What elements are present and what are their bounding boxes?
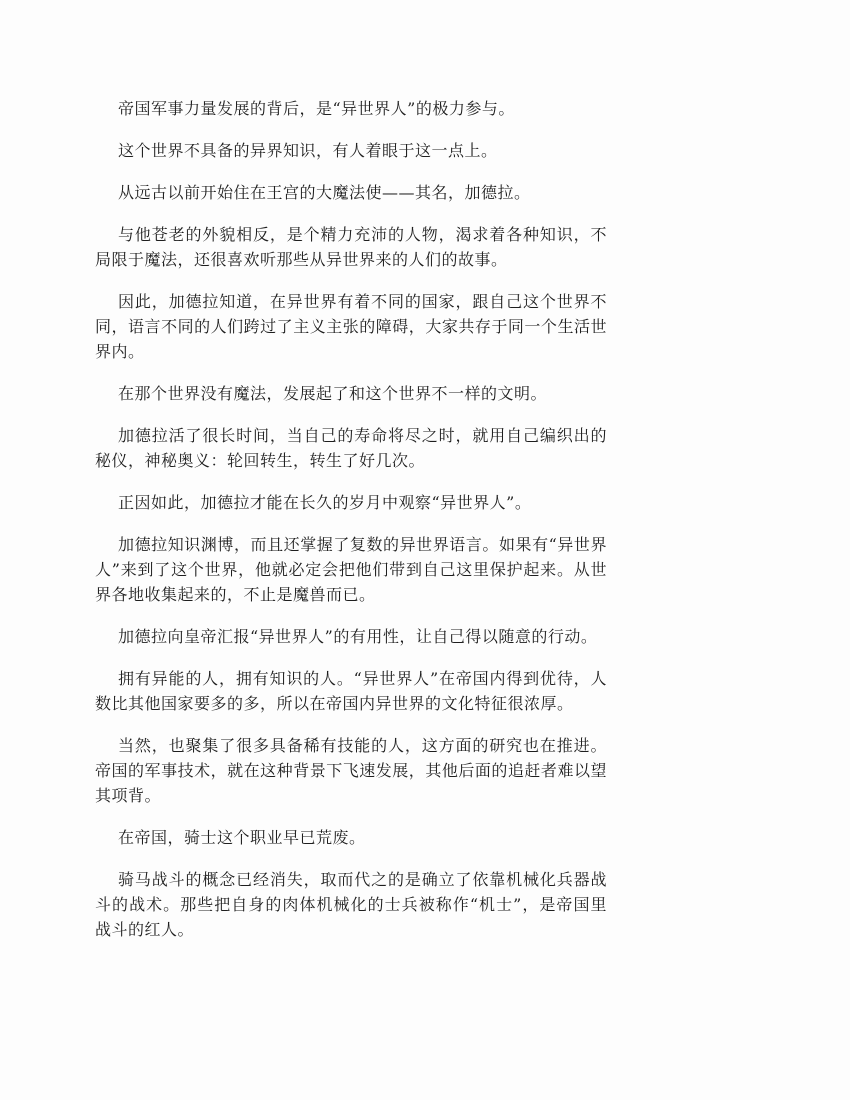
paragraph: 这个世界不具备的异界知识，有人着眼于这一点上。 bbox=[95, 138, 607, 163]
novel-text-page: 帝国军事力量发展的背后，是“异世界人”的极力参与。 这个世界不具备的异界知识，有… bbox=[0, 0, 850, 1100]
paragraph: 骑马战斗的概念已经消失，取而代之的是确立了依靠机械化兵器战斗的战术。那些把自身的… bbox=[95, 867, 607, 942]
paragraph: 帝国军事力量发展的背后，是“异世界人”的极力参与。 bbox=[95, 96, 607, 121]
paragraph: 从远古以前开始住在王宫的大魔法使——其名，加德拉。 bbox=[95, 180, 607, 205]
paragraph: 加德拉活了很长时间，当自己的寿命将尽之时，就用自己编织出的秘仪，神秘奥义：轮回转… bbox=[95, 423, 607, 473]
paragraph: 加德拉向皇帝汇报“异世界人”的有用性，让自己得以随意的行动。 bbox=[95, 624, 607, 649]
paragraph: 在帝国，骑士这个职业早已荒废。 bbox=[95, 825, 607, 850]
paragraph: 拥有异能的人，拥有知识的人。“异世界人”在帝国内得到优待，人数比其他国家要多的多… bbox=[95, 666, 607, 716]
paragraph: 加德拉知识渊博，而且还掌握了复数的异世界语言。如果有“异世界人”来到了这个世界，… bbox=[95, 532, 607, 607]
paragraph: 因此，加德拉知道，在异世界有着不同的国家，跟自己这个世界不同，语言不同的人们跨过… bbox=[95, 289, 607, 364]
paragraph: 在那个世界没有魔法，发展起了和这个世界不一样的文明。 bbox=[95, 381, 607, 406]
paragraph: 与他苍老的外貌相反，是个精力充沛的人物，渴求着各种知识，不局限于魔法，还很喜欢听… bbox=[95, 222, 607, 272]
paragraph: 当然，也聚集了很多具备稀有技能的人，这方面的研究也在推进。帝国的军事技术，就在这… bbox=[95, 733, 607, 808]
paragraph: 正因如此，加德拉才能在长久的岁月中观察“异世界人”。 bbox=[95, 490, 607, 515]
